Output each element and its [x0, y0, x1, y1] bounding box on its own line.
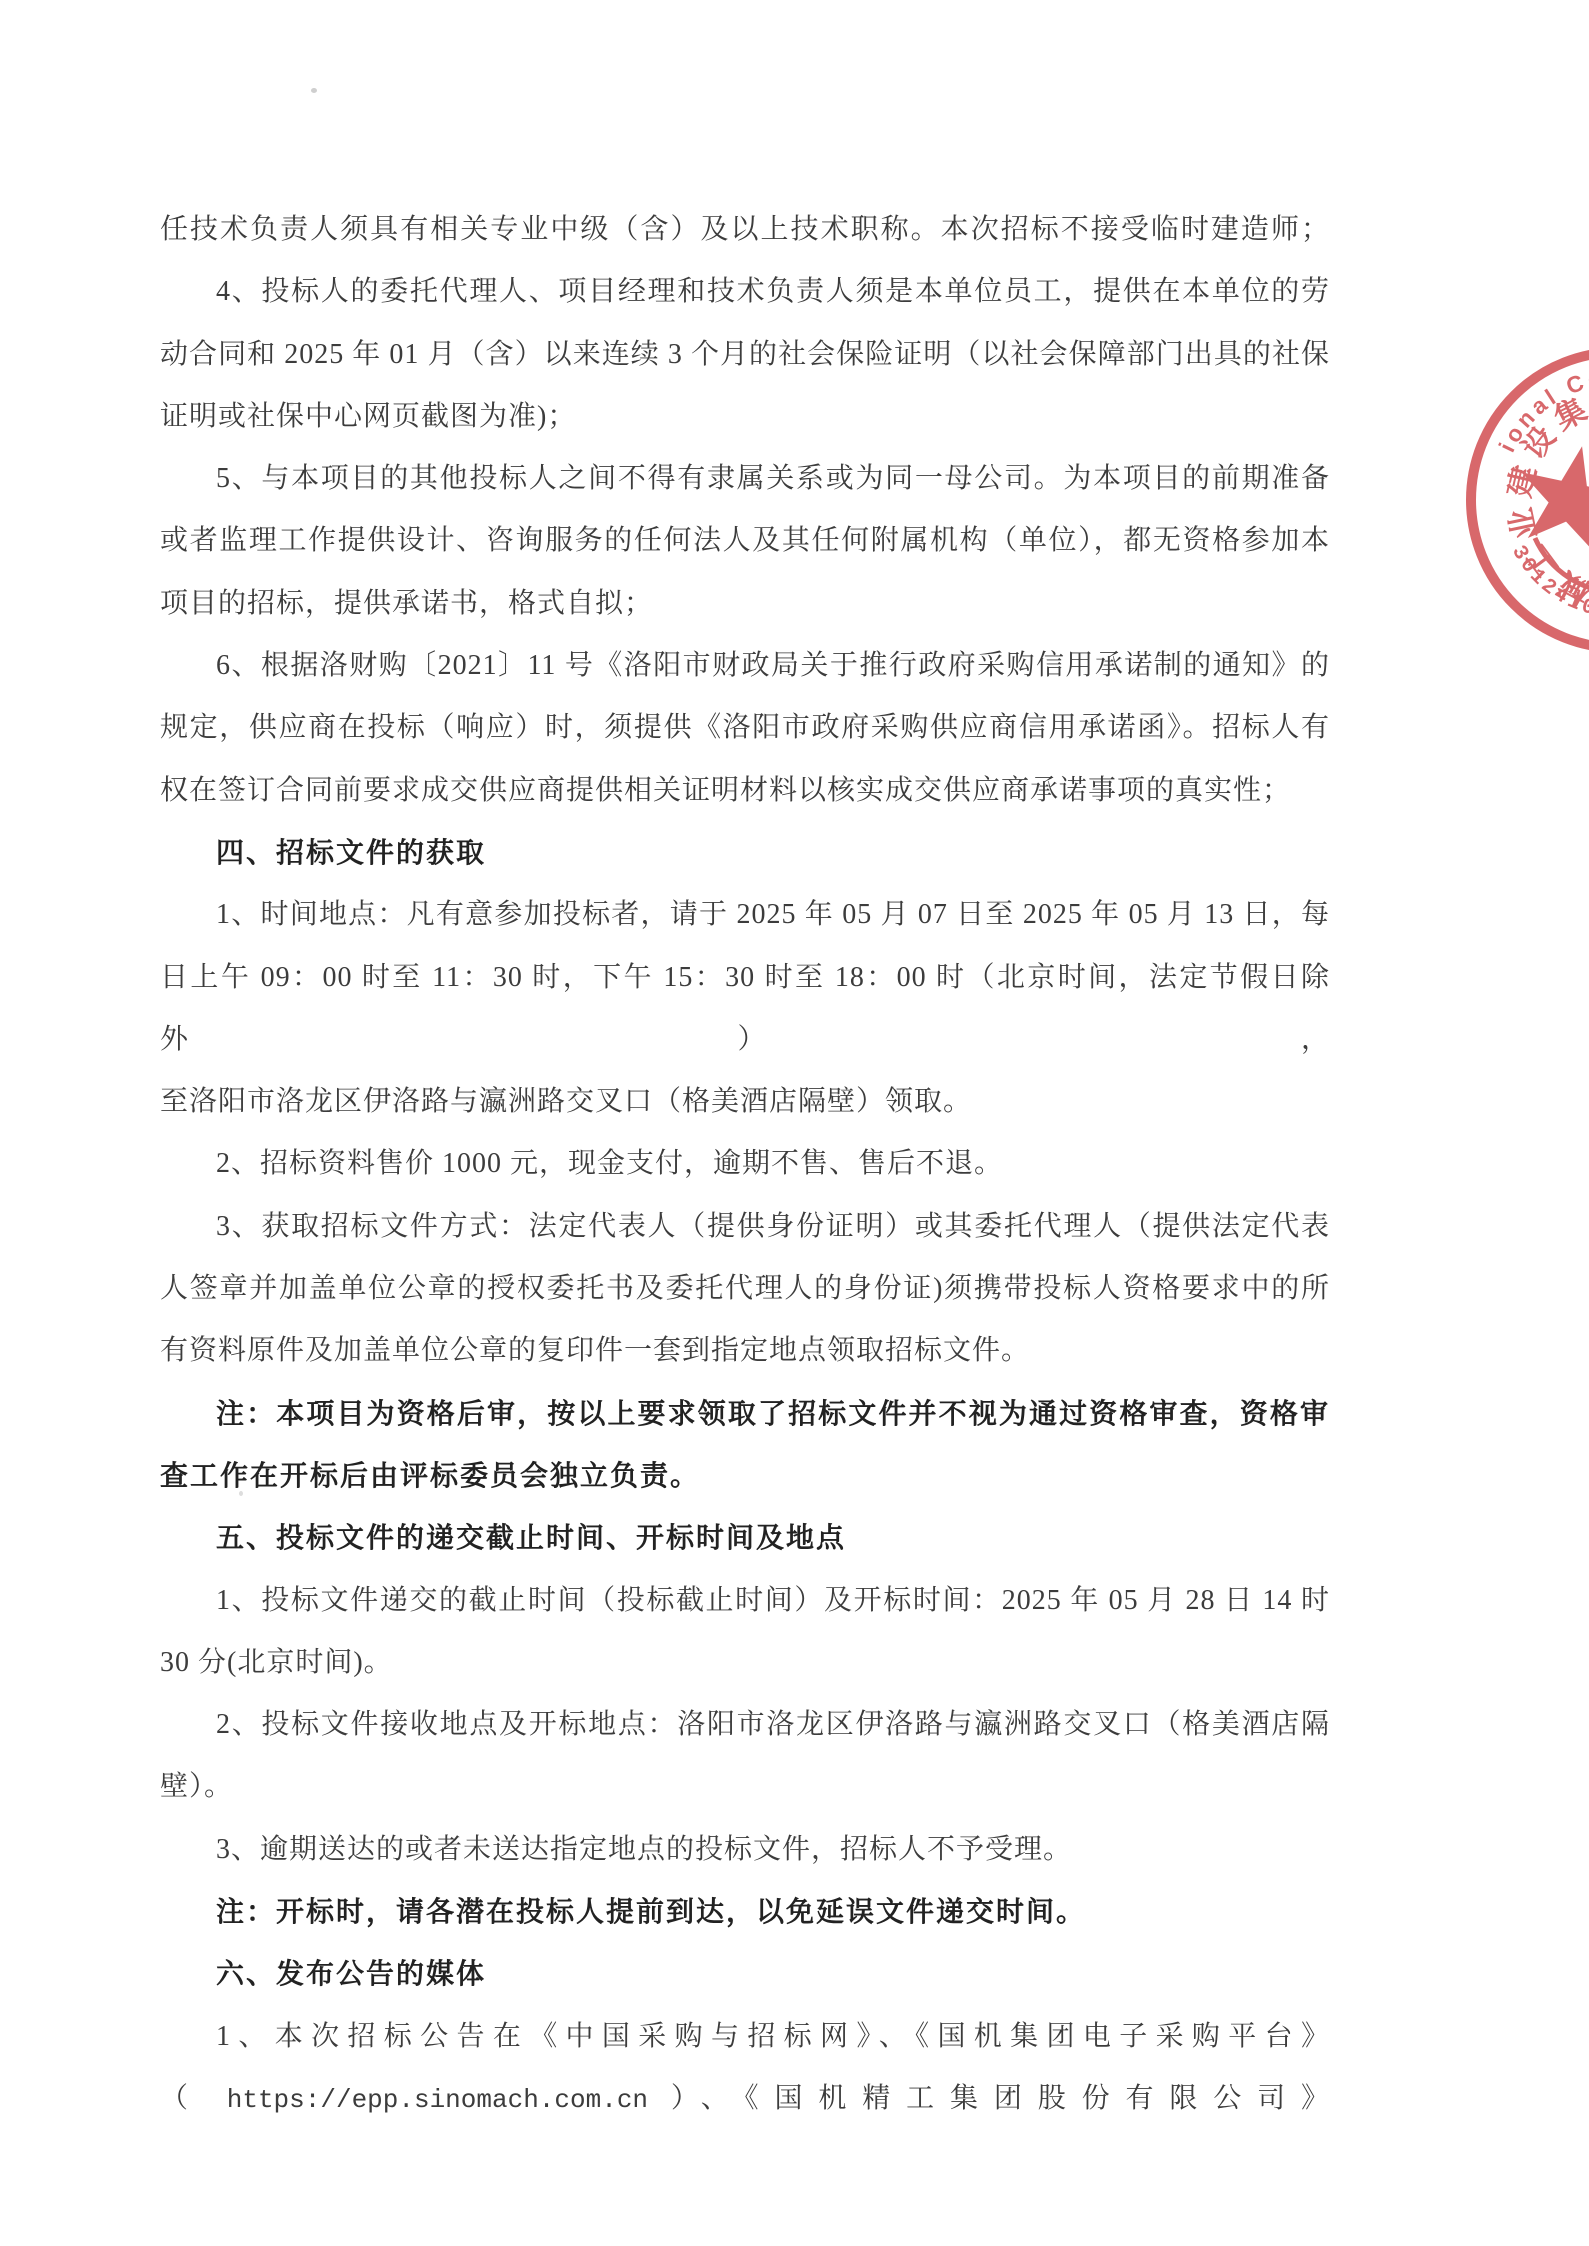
- text-line: 6、根据洛财购〔2021〕11 号《洛阳市财政局关于推行政府采购信用承诺制的通知…: [160, 635, 1330, 697]
- text-line: 3、逾期送达的或者未送达指定地点的投标文件，招标人不予受理。: [160, 1819, 1330, 1881]
- section-heading: 四、招标文件的获取: [160, 822, 1330, 884]
- note-line: 查工作在开标后由评标委员会独立负责。: [160, 1445, 1330, 1507]
- text-line: 30 分(北京时间)。: [160, 1632, 1330, 1694]
- text-line: 1、投标文件递交的截止时间（投标截止时间）及开标时间：2025 年 05 月 2…: [160, 1570, 1330, 1632]
- company-seal: ional Co 械工业建设集 30124100: [1455, 333, 1589, 655]
- document-page: 任技术负责人须具有相关专业中级（含）及以上技术职称。本次招标不接受临时建造师； …: [0, 0, 1589, 2246]
- url-prefix: （: [160, 2083, 204, 2114]
- text-line: 证明或社保中心网页截图为准)；: [160, 386, 1330, 448]
- text-line: 1、时间地点：凡有意参加投标者，请于 2025 年 05 月 07 日至 202…: [160, 884, 1330, 946]
- text-line: 权在签订合同前要求成交供应商提供相关证明材料以核实成交供应商承诺事项的真实性；: [160, 760, 1330, 822]
- text-line: 或者监理工作提供设计、咨询服务的任何法人及其任何附属机构（单位），都无资格参加本: [160, 510, 1330, 572]
- scan-speck: [311, 88, 317, 93]
- document-text-block: 任技术负责人须具有相关专业中级（含）及以上技术职称。本次招标不接受临时建造师； …: [160, 199, 1330, 2131]
- text-line: 3、获取招标文件方式：法定代表人（提供身份证明）或其委托代理人（提供法定代表: [160, 1196, 1330, 1258]
- note-line: 注：开标时，请各潜在投标人提前到达，以免延误文件递交时间。: [160, 1881, 1330, 1943]
- announcement-url: https://epp.sinomach.com.cn: [227, 2085, 648, 2115]
- text-line: （ https://epp.sinomach.com.cn ）、《国机精工集团股…: [160, 2068, 1330, 2131]
- text-line: 4、投标人的委托代理人、项目经理和技术负责人须是本单位员工，提供在本单位的劳: [160, 261, 1330, 323]
- seal-inner-arc-icon: [1535, 538, 1589, 592]
- text-line: 壁）。: [160, 1756, 1330, 1818]
- text-line: 有资料原件及加盖单位公章的复印件一套到指定地点领取招标文件。: [160, 1320, 1330, 1382]
- section-heading: 五、投标文件的递交截止时间、开标时间及地点: [160, 1507, 1330, 1569]
- seal-star-icon: [1508, 435, 1589, 556]
- seal-serial-number: 30124100: [1506, 542, 1589, 624]
- text-line: 规定，供应商在投标（响应）时，须提供《洛阳市政府采购供应商信用承诺函》。招标人有: [160, 697, 1330, 759]
- seal-ring-icon: [1471, 352, 1589, 648]
- url-suffix: ）、《国机精工集团股份有限公司》: [671, 2083, 1330, 2114]
- seal-english-text: ional Co: [1494, 364, 1589, 456]
- text-line: 2、投标文件接收地点及开标地点：洛阳市洛龙区伊洛路与瀛洲路交叉口（格美酒店隔: [160, 1694, 1330, 1756]
- company-seal-icon: ional Co 械工业建设集 30124100: [1455, 333, 1589, 655]
- text-line: 至洛阳市洛龙区伊洛路与瀛洲路交叉口（格美酒店隔壁）领取。: [160, 1071, 1330, 1133]
- text-line: 任技术负责人须具有相关专业中级（含）及以上技术职称。本次招标不接受临时建造师；: [160, 199, 1330, 261]
- text-line: 动合同和 2025 年 01 月（含）以来连续 3 个月的社会保险证明（以社会保…: [160, 324, 1330, 386]
- text-line: 人签章并加盖单位公章的授权委托书及委托代理人的身份证)须携带投标人资格要求中的所: [160, 1258, 1330, 1320]
- text-line: 项目的招标，提供承诺书，格式自拟；: [160, 573, 1330, 635]
- text-line: 日上午 09：00 时至 11：30 时，下午 15：30 时至 18：00 时…: [160, 947, 1330, 1072]
- text-line: 2、招标资料售价 1000 元，现金支付，逾期不售、售后不退。: [160, 1133, 1330, 1195]
- text-line: 5、与本项目的其他投标人之间不得有隶属关系或为同一母公司。为本项目的前期准备: [160, 448, 1330, 510]
- text-line: 1、本次招标公告在《中国采购与招标网》、《国机集团电子采购平台》: [160, 2006, 1330, 2068]
- seal-chinese-text: 械工业建设集: [1502, 388, 1589, 611]
- note-line: 注：本项目为资格后审，按以上要求领取了招标文件并不视为通过资格审查，资格审: [160, 1383, 1330, 1445]
- section-heading: 六、发布公告的媒体: [160, 1943, 1330, 2005]
